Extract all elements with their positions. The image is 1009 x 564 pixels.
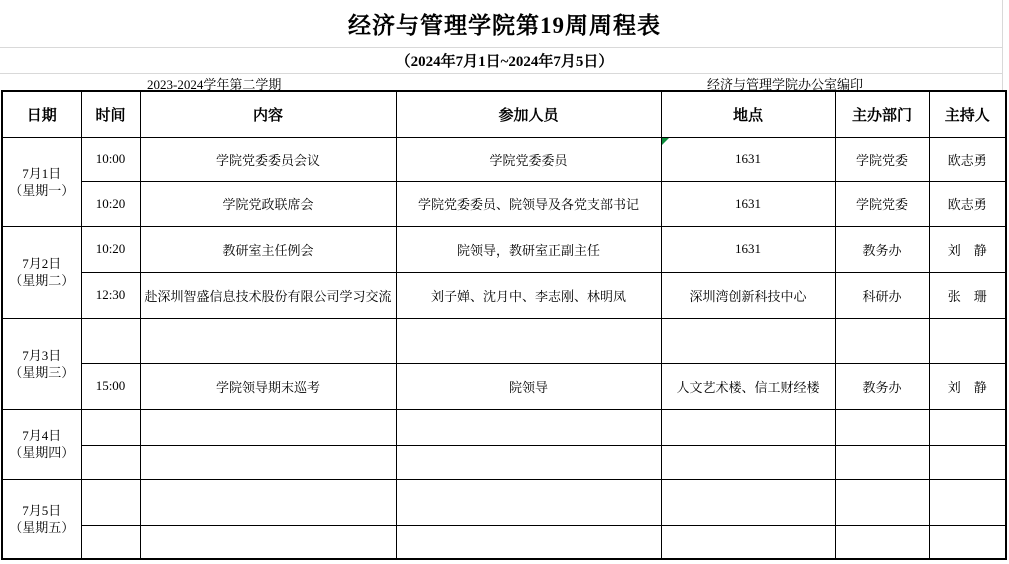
col-header-host: 主持人 (929, 91, 1006, 137)
location-cell (661, 409, 835, 445)
table-row: 7月2日 （星期二） 10:20 教研室主任例会 院领导，教研室正副主任 163… (2, 226, 1006, 272)
col-header-time: 时间 (81, 91, 140, 137)
location-cell: 人文艺术楼、信工财经楼 (661, 363, 835, 409)
location-cell (661, 479, 835, 525)
date-label: 7月4日 (5, 427, 79, 444)
table-row: 7月5日 （星期五） (2, 479, 1006, 525)
location-cell: 1631 (661, 137, 835, 181)
department-cell: 科研办 (835, 272, 929, 318)
weekday-label: （星期四） (5, 444, 79, 461)
department-cell: 学院党委 (835, 181, 929, 226)
department-cell (835, 479, 929, 525)
date-cell-tue: 7月2日 （星期二） (2, 226, 81, 318)
time-cell (81, 479, 140, 525)
location-cell: 1631 (661, 181, 835, 226)
time-cell: 15:00 (81, 363, 140, 409)
content-cell: 教研室主任例会 (140, 226, 396, 272)
content-cell (140, 525, 396, 559)
content-cell (140, 409, 396, 445)
table-row: 12:30 赴深圳智盛信息技术股份有限公司学习交流 刘子婵、沈月中、李志刚、林明… (2, 272, 1006, 318)
date-range-subtitle: （2024年7月1日~2024年7月5日） (396, 50, 614, 71)
table-row: 7月4日 （星期四） (2, 409, 1006, 445)
time-cell: 10:20 (81, 226, 140, 272)
location-cell: 1631 (661, 226, 835, 272)
weekly-schedule-table: 日期 时间 内容 参加人员 地点 主办部门 主持人 7月1日 （星期一） 10:… (1, 90, 1007, 560)
participants-cell: 院领导，教研室正副主任 (396, 226, 661, 272)
weekday-label: （星期三） (5, 364, 79, 381)
participants-cell: 学院党委委员 (396, 137, 661, 181)
date-label: 7月2日 (5, 255, 79, 272)
content-cell (140, 318, 396, 363)
date-label: 7月3日 (5, 347, 79, 364)
content-cell: 学院党政联席会 (140, 181, 396, 226)
participants-cell: 学院党委委员、院领导及各党支部书记 (396, 181, 661, 226)
content-cell: 赴深圳智盛信息技术股份有限公司学习交流 (140, 272, 396, 318)
weekday-label: （星期五） (5, 519, 79, 536)
time-cell (81, 525, 140, 559)
time-cell (81, 445, 140, 479)
content-cell: 学院党委委员会议 (140, 137, 396, 181)
location-text: 1631 (735, 151, 761, 166)
host-cell (929, 525, 1006, 559)
time-cell: 10:00 (81, 137, 140, 181)
time-cell: 10:20 (81, 181, 140, 226)
content-cell (140, 479, 396, 525)
table-row: 7月3日 （星期三） (2, 318, 1006, 363)
content-cell (140, 445, 396, 479)
participants-cell (396, 445, 661, 479)
participants-cell (396, 318, 661, 363)
host-cell (929, 479, 1006, 525)
date-cell-mon: 7月1日 （星期一） (2, 137, 81, 226)
participants-cell: 刘子婵、沈月中、李志刚、林明凤 (396, 272, 661, 318)
col-header-date: 日期 (2, 91, 81, 137)
location-cell (661, 318, 835, 363)
table-row: 15:00 学院领导期末巡考 院领导 人文艺术楼、信工财经楼 教务办 刘 静 (2, 363, 1006, 409)
table-row (2, 525, 1006, 559)
department-cell: 学院党委 (835, 137, 929, 181)
table-row: 10:20 学院党政联席会 学院党委委员、院领导及各党支部书记 1631 学院党… (2, 181, 1006, 226)
department-cell: 教务办 (835, 226, 929, 272)
col-header-location: 地点 (661, 91, 835, 137)
department-cell (835, 445, 929, 479)
page-title: 经济与管理学院第19周周程表 (348, 7, 661, 40)
location-cell (661, 445, 835, 479)
weekday-label: （星期二） (5, 272, 79, 289)
title-row: 经济与管理学院第19周周程表 (0, 0, 1009, 47)
participants-cell: 院领导 (396, 363, 661, 409)
host-cell: 张 珊 (929, 272, 1006, 318)
time-cell (81, 318, 140, 363)
department-cell: 教务办 (835, 363, 929, 409)
col-header-participants: 参加人员 (396, 91, 661, 137)
host-cell: 刘 静 (929, 363, 1006, 409)
host-cell: 欧志勇 (929, 137, 1006, 181)
department-cell (835, 525, 929, 559)
info-row: 2023-2024学年第二学期 经济与管理学院办公室编印 (0, 73, 1009, 91)
host-cell (929, 318, 1006, 363)
participants-cell (396, 409, 661, 445)
host-cell (929, 445, 1006, 479)
header-row: 日期 时间 内容 参加人员 地点 主办部门 主持人 (2, 91, 1006, 137)
participants-cell (396, 479, 661, 525)
participants-cell (396, 525, 661, 559)
department-cell (835, 409, 929, 445)
content-cell: 学院领导期末巡考 (140, 363, 396, 409)
host-cell (929, 409, 1006, 445)
col-header-department: 主办部门 (835, 91, 929, 137)
date-cell-thu: 7月4日 （星期四） (2, 409, 81, 479)
table-row: 7月1日 （星期一） 10:00 学院党委委员会议 学院党委委员 1631 学院… (2, 137, 1006, 181)
host-cell: 欧志勇 (929, 181, 1006, 226)
time-cell: 12:30 (81, 272, 140, 318)
location-cell (661, 525, 835, 559)
table-row (2, 445, 1006, 479)
host-cell: 刘 静 (929, 226, 1006, 272)
time-cell (81, 409, 140, 445)
col-header-content: 内容 (140, 91, 396, 137)
department-cell (835, 318, 929, 363)
date-label: 7月1日 (5, 165, 79, 182)
location-cell: 深圳湾创新科技中心 (661, 272, 835, 318)
date-cell-wed: 7月3日 （星期三） (2, 318, 81, 409)
cell-error-flag-icon (662, 138, 669, 145)
date-cell-fri: 7月5日 （星期五） (2, 479, 81, 559)
subtitle-row: （2024年7月1日~2024年7月5日） (0, 47, 1009, 73)
date-label: 7月5日 (5, 502, 79, 519)
weekday-label: （星期一） (5, 182, 79, 199)
